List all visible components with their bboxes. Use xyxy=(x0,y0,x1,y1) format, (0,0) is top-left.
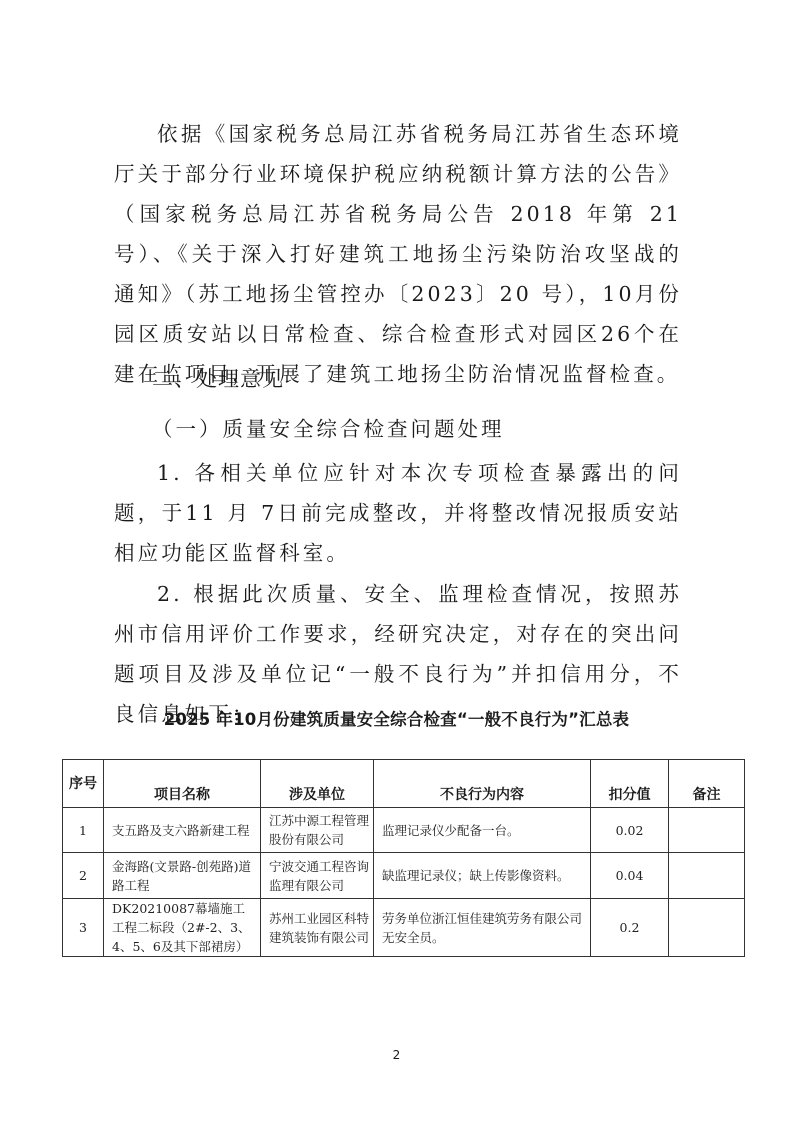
section-heading: 二、处理意见 xyxy=(152,363,284,393)
cell-remarks xyxy=(669,853,745,899)
cell-remarks xyxy=(669,808,745,853)
cell-deduction: 0.04 xyxy=(591,853,669,899)
table-header-row: 序号 项目名称 涉及单位 不良行为内容 扣分值 备注 xyxy=(63,760,745,808)
cell-project: DK20210087幕墙施工工程二标段（2#-2、3、4、5、6及其下部裙房） xyxy=(104,899,261,957)
item-1-paragraph: 1. 各相关单位应针对本次专项检查暴露出的问题，于11 月 7日前完成整改，并将… xyxy=(114,453,682,573)
cell-unit: 宁波交通工程咨询监理有限公司 xyxy=(261,853,374,899)
bad-behavior-summary-table: 序号 项目名称 涉及单位 不良行为内容 扣分值 备注 1 支五路及支六路新建工程… xyxy=(62,759,745,957)
table-row: 1 支五路及支六路新建工程 江苏中源工程管理股份有限公司 监理记录仪少配备一台。… xyxy=(63,808,745,853)
header-seq: 序号 xyxy=(63,760,104,808)
cell-unit: 苏州工业园区科特建筑装饰有限公司 xyxy=(261,899,374,957)
document-page: 依据《国家税务总局江苏省税务局江苏省生态环境厅关于部分行业环境保护税应纳税额计算… xyxy=(0,0,793,1122)
cell-project: 金海路(文景路-创苑路)道路工程 xyxy=(104,853,261,899)
table-row: 2 金海路(文景路-创苑路)道路工程 宁波交通工程咨询监理有限公司 缺监理记录仪… xyxy=(63,853,745,899)
subsection-heading: （一）质量安全综合检查问题处理 xyxy=(152,412,505,442)
header-behavior: 不良行为内容 xyxy=(374,760,591,808)
cell-deduction: 0.2 xyxy=(591,899,669,957)
cell-behavior: 监理记录仪少配备一台。 xyxy=(374,808,591,853)
cell-seq: 2 xyxy=(63,853,104,899)
cell-remarks xyxy=(669,899,745,957)
header-project: 项目名称 xyxy=(104,760,261,808)
cell-project: 支五路及支六路新建工程 xyxy=(104,808,261,853)
header-remarks: 备注 xyxy=(669,760,745,808)
cell-deduction: 0.02 xyxy=(591,808,669,853)
cell-unit: 江苏中源工程管理股份有限公司 xyxy=(261,808,374,853)
cell-seq: 3 xyxy=(63,899,104,957)
cell-behavior: 缺监理记录仪；缺上传影像资料。 xyxy=(374,853,591,899)
table-row: 3 DK20210087幕墙施工工程二标段（2#-2、3、4、5、6及其下部裙房… xyxy=(63,899,745,957)
table-title: 2025 年10月份建筑质量安全综合检查“一般不良行为”汇总表 xyxy=(0,706,793,730)
page-number: 2 xyxy=(0,1048,793,1062)
header-unit: 涉及单位 xyxy=(261,760,374,808)
cell-seq: 1 xyxy=(63,808,104,853)
header-deduction: 扣分值 xyxy=(591,760,669,808)
basis-paragraph: 依据《国家税务总局江苏省税务局江苏省生态环境厅关于部分行业环境保护税应纳税额计算… xyxy=(114,114,682,394)
cell-behavior: 劳务单位浙江恒佳建筑劳务有限公司无安全员。 xyxy=(374,899,591,957)
